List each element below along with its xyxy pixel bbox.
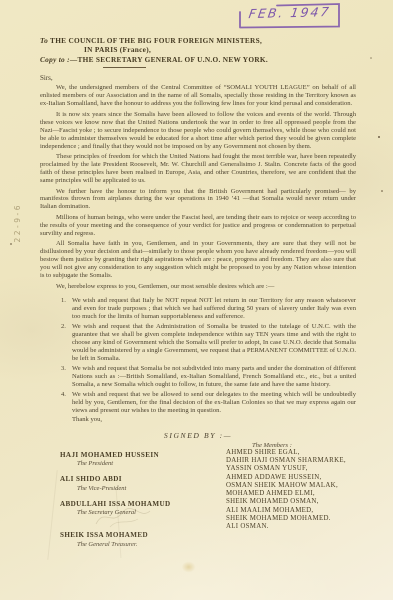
paper-speck (381, 190, 383, 192)
member-name: AHMED SHIRE EGAL, (226, 449, 356, 457)
scanned-letter-page: FEB. 1947 22-9-6 To THE COUNCIL OF THE B… (0, 0, 393, 600)
request-number: 4. (61, 391, 72, 415)
member-name: SHEIK MOHAMED MOHAMED. (226, 515, 356, 523)
signed-by-label: SIGNED BY :— (40, 431, 356, 440)
paper-speck (378, 136, 380, 138)
members-label: The Members : (252, 442, 356, 449)
officer-title: The General Treasurer. (77, 541, 210, 548)
copy-to-line: Copy to :—THE SECRETARY GENERAL OF U.N.O… (40, 55, 356, 64)
address-header: To THE COUNCIL OF THE BIG FOUR FOREIGN M… (40, 36, 356, 68)
copy-to-prefix: Copy to : (40, 55, 70, 64)
officers-column: HAJI MOHAMED HUSSEIN The President ALI S… (60, 451, 210, 556)
member-name: DAHIR HAJI OSMAN SHARMARKE, (226, 457, 356, 465)
addressee-line: To THE COUNCIL OF THE BIG FOUR FOREIGN M… (40, 36, 356, 45)
letter-content: To THE COUNCIL OF THE BIG FOUR FOREIGN M… (40, 36, 356, 552)
paragraph: Millions of human beings, who were under… (40, 214, 356, 238)
date-stamp: FEB. 1947 (237, 1, 343, 30)
request-item: 2. We wish and request that the Administ… (40, 323, 356, 363)
officer-signature: ABDULLAHI ISSA MOHAMUD The Secretary Gen… (60, 500, 210, 517)
signature-block: HAJI MOHAMED HUSSEIN The President ALI S… (40, 442, 356, 552)
request-item: 3. We wish and request that Somalia be n… (40, 365, 356, 389)
paragraph: All Somalia have faith in you, Gentlemen… (40, 240, 356, 280)
request-item: 1. We wish and request that Italy be NOT… (40, 297, 356, 321)
officer-signature: SHEIK ISSA MOHAMED The General Treasurer… (60, 531, 210, 548)
member-name: AHMED ADDAWE HUSSEIN, (226, 474, 356, 482)
copy-to-text: —THE SECRETARY GENERAL OF U.N.O. NEW YOR… (70, 55, 268, 64)
member-name: YASSIN OSMAN YUSUF, (226, 465, 356, 473)
officer-title: The President (77, 460, 210, 467)
request-text: We wish and request that Italy be NOT re… (72, 297, 356, 321)
request-text: We wish and request that Somalia be not … (72, 365, 356, 389)
member-name: ALI OSMAN. (226, 523, 356, 531)
officer-signature: HAJI MOHAMED HUSSEIN The President (60, 451, 210, 468)
request-item: 4. We wish and request that we be allowe… (40, 391, 356, 415)
officer-name: SHEIK ISSA MOHAMED (60, 531, 210, 539)
stamp-date-text: FEB. 1947 (248, 4, 341, 21)
request-text: We wish and request that we be allowed t… (72, 391, 356, 415)
paragraph: We, the undersigned members of the Centr… (40, 84, 356, 108)
addressee-text: THE COUNCIL OF THE BIG FOUR FOREIGN MINI… (48, 36, 262, 45)
officer-signature: ALI SHIDO ABDI The Vice-President (60, 475, 210, 492)
officer-name: ALI SHIDO ABDI (60, 475, 210, 483)
request-number: 1. (61, 297, 72, 321)
members-column: The Members : AHMED SHIRE EGAL, DAHIR HA… (226, 442, 356, 532)
officer-name: HAJI MOHAMED HUSSEIN (60, 451, 210, 459)
addressee-location: IN PARIS (France), (84, 45, 356, 54)
officer-name: ABDULLAHI ISSA MOHAMUD (60, 500, 210, 508)
paragraph: It is now six years since the Somalis ha… (40, 111, 356, 151)
request-text: We wish and request that the Administrat… (72, 323, 356, 363)
paper-speck (370, 57, 372, 59)
member-name: MOHAMED AHMED ELMI, (226, 490, 356, 498)
member-name: OSMAN SHEIK MAHOW MALAK, (226, 482, 356, 490)
requests-list: 1. We wish and request that Italy be NOT… (40, 297, 356, 414)
to-prefix: To (40, 36, 48, 45)
paragraph: We further have the honour to inform you… (40, 188, 356, 212)
margin-pencil-note: 22-9-6 (13, 203, 22, 243)
paragraph: These principles of freedom for which th… (40, 153, 356, 185)
member-name: SHEIK MOHAMED OSMAN, (226, 498, 356, 506)
officer-title: The Secretary General (77, 509, 210, 516)
paper-speck (10, 243, 12, 245)
closing-thanks: Thank you, (72, 416, 356, 424)
request-number: 2. (61, 323, 72, 363)
header-divider (103, 67, 146, 68)
request-number: 3. (61, 365, 72, 389)
requests-intro: We, herebelow express to you, Gentlemen,… (40, 283, 356, 291)
officer-title: The Vice-President (77, 485, 210, 492)
salutation: Sirs, (40, 74, 356, 82)
member-name: ALI MAALIM MOHAMED, (226, 507, 356, 515)
